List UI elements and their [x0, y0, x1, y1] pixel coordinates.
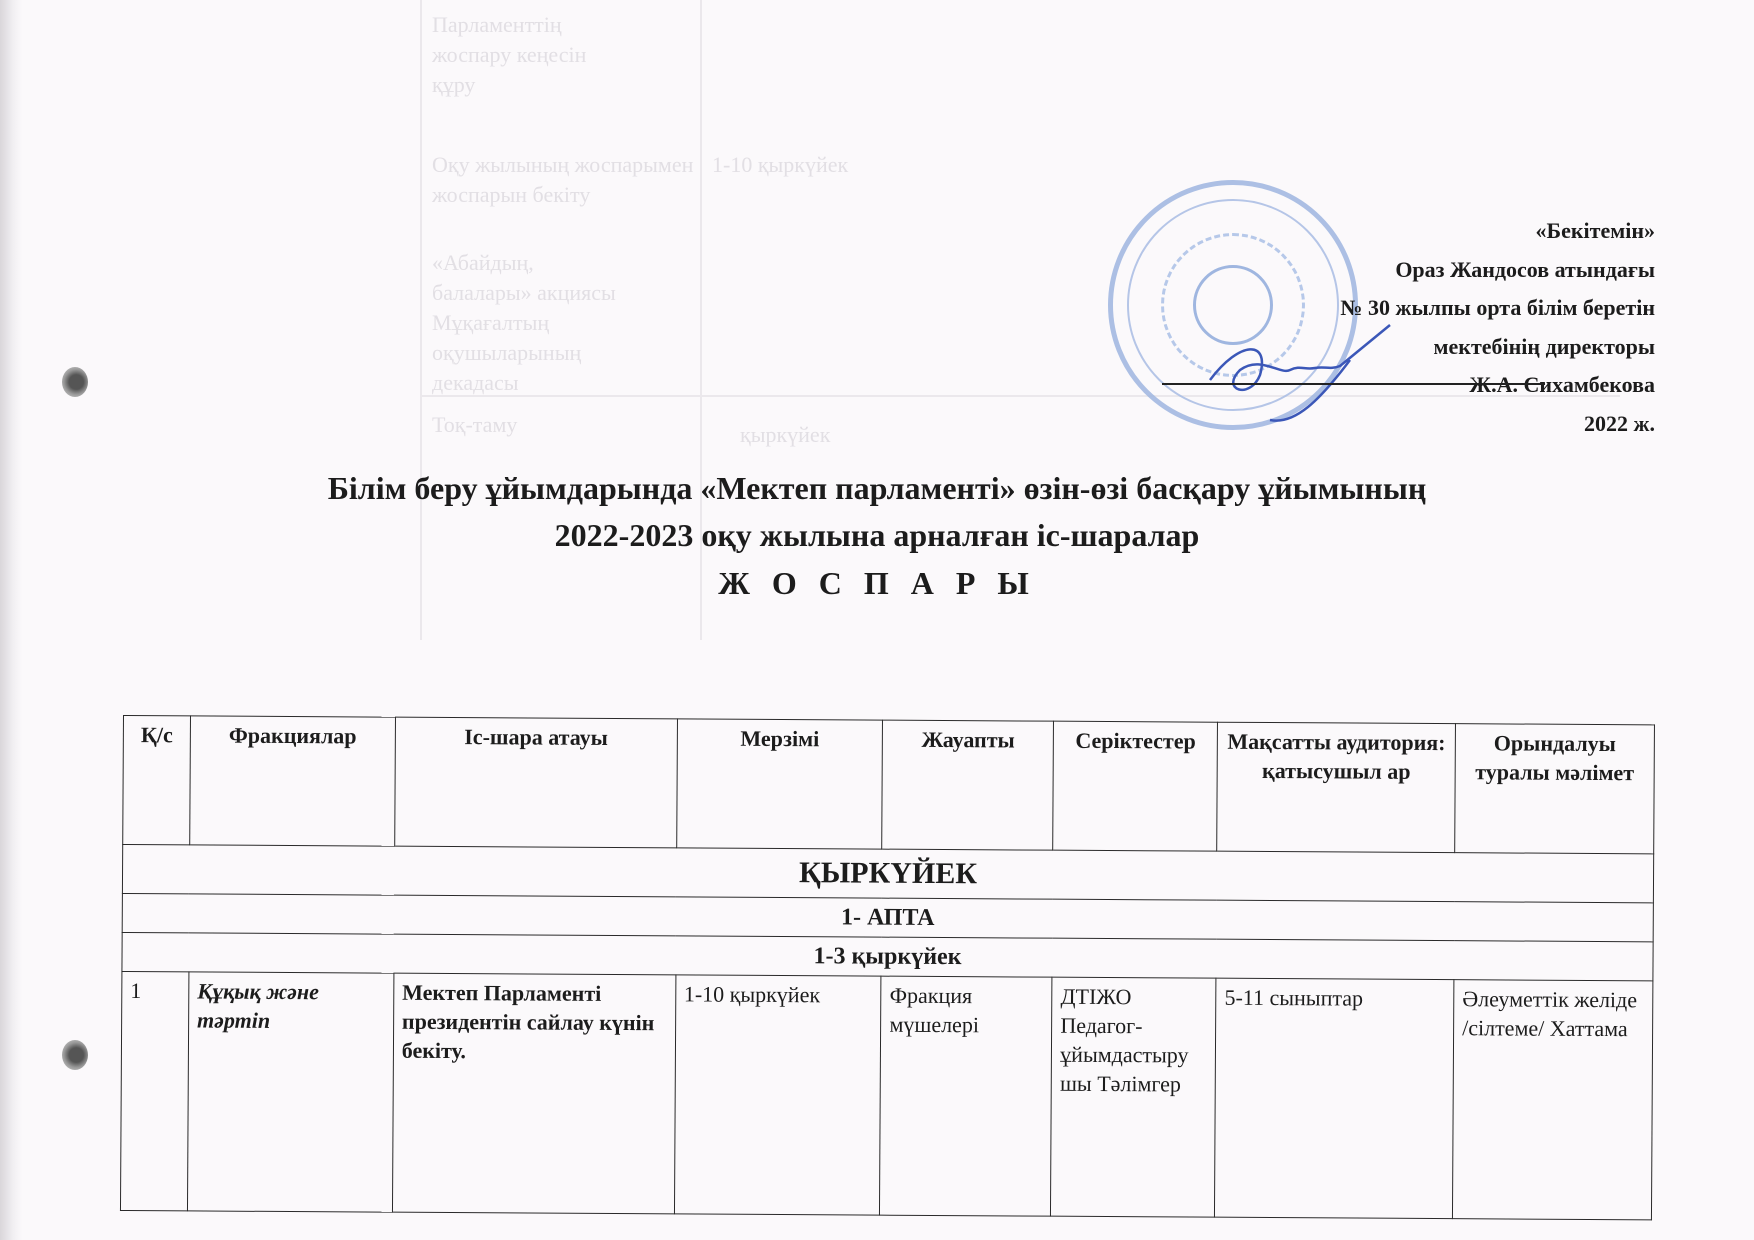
- responsible-cell: Фракция мүшелері: [880, 976, 1052, 1216]
- bleed-through-text: 1-10 қыркүйек: [712, 150, 848, 180]
- plan-table: Қ/с Фракциялар Іс-шара атауы Мерзімі Жау…: [120, 715, 1655, 1220]
- column-header-deadline: Мерзімі: [676, 719, 883, 849]
- report-cell: Әлеуметтік желіде /сілтеме/ Хаттама: [1452, 980, 1652, 1220]
- document-heading-plan: Ж О С П А Р Ы: [0, 565, 1754, 602]
- bleed-through-text: Оқу жылының жоспарымен: [432, 150, 693, 180]
- column-header-partners: Серіктестер: [1053, 721, 1218, 851]
- bleed-through-text: құру: [432, 70, 475, 100]
- bleed-through-text: қыркүйек: [740, 420, 830, 450]
- bleed-through-text: «Абайдың,: [432, 248, 534, 278]
- faction-cell: Құқық және тәртіп: [187, 972, 393, 1212]
- table-header-row: Қ/с Фракциялар Іс-шара атауы Мерзімі Жау…: [123, 716, 1655, 854]
- school-name: Ораз Жандосов атындағы: [1340, 251, 1655, 290]
- bleed-through-text: оқушыларының: [432, 338, 581, 368]
- bleed-through-text: декадасы: [432, 368, 519, 398]
- deadline-cell: 1-10 қыркүйек: [674, 975, 881, 1215]
- document-subtitle: 2022-2023 оқу жылына арналған іс-шаралар: [0, 517, 1754, 554]
- binder-hole: [62, 1040, 88, 1070]
- document-title: Білім беру ұйымдарында «Мектеп парламент…: [0, 470, 1754, 507]
- audience-cell: 5-11 сыныптар: [1215, 978, 1454, 1218]
- bleed-through-text: Тоқ-таму: [432, 410, 517, 440]
- column-header-report: Орындалуы туралы мәлімет: [1455, 724, 1655, 854]
- approval-block: «Бекітемін» Ораз Жандосов атындағы № 30 …: [1340, 212, 1655, 443]
- bleed-through-text: жоспару кеңесін: [432, 40, 586, 70]
- column-header-responsible: Жауапты: [882, 720, 1054, 850]
- approval-date: 2022 ж.: [1340, 405, 1655, 444]
- partners-cell: ДТІЖО Педагог-ұйымдастыру шы Тәлімгер: [1051, 977, 1216, 1217]
- approval-heading: «Бекітемін»: [1340, 212, 1655, 251]
- column-header-event: Іс-шара атауы: [395, 717, 678, 848]
- bleed-through-text: Парламенттің: [432, 10, 562, 40]
- signature-line: [1162, 383, 1545, 385]
- table-row: 1 Құқық және тәртіп Мектеп Парламенті пр…: [120, 971, 1652, 1219]
- binder-hole: [62, 367, 88, 397]
- director-name: Ж.А. Сихамбекова: [1340, 366, 1655, 405]
- bleed-through-text: Мұқағалтың: [432, 308, 549, 338]
- page-edge: [0, 0, 22, 1240]
- column-header-factions: Фракциялар: [190, 716, 396, 846]
- column-header-number: Қ/с: [123, 716, 191, 845]
- director-title: мектебінің директоры: [1340, 328, 1655, 367]
- school-type: № 30 жылпы орта білім беретін: [1340, 289, 1655, 328]
- column-header-audience: Мақсатты аудитория: қатысушыл ар: [1217, 722, 1456, 852]
- bleed-through-text: балалары» акциясы: [432, 278, 616, 308]
- bleed-through-text: жоспарын бекіту: [432, 180, 590, 210]
- row-number: 1: [120, 971, 188, 1210]
- event-cell: Мектеп Парламенті президентін сайлау күн…: [392, 973, 675, 1214]
